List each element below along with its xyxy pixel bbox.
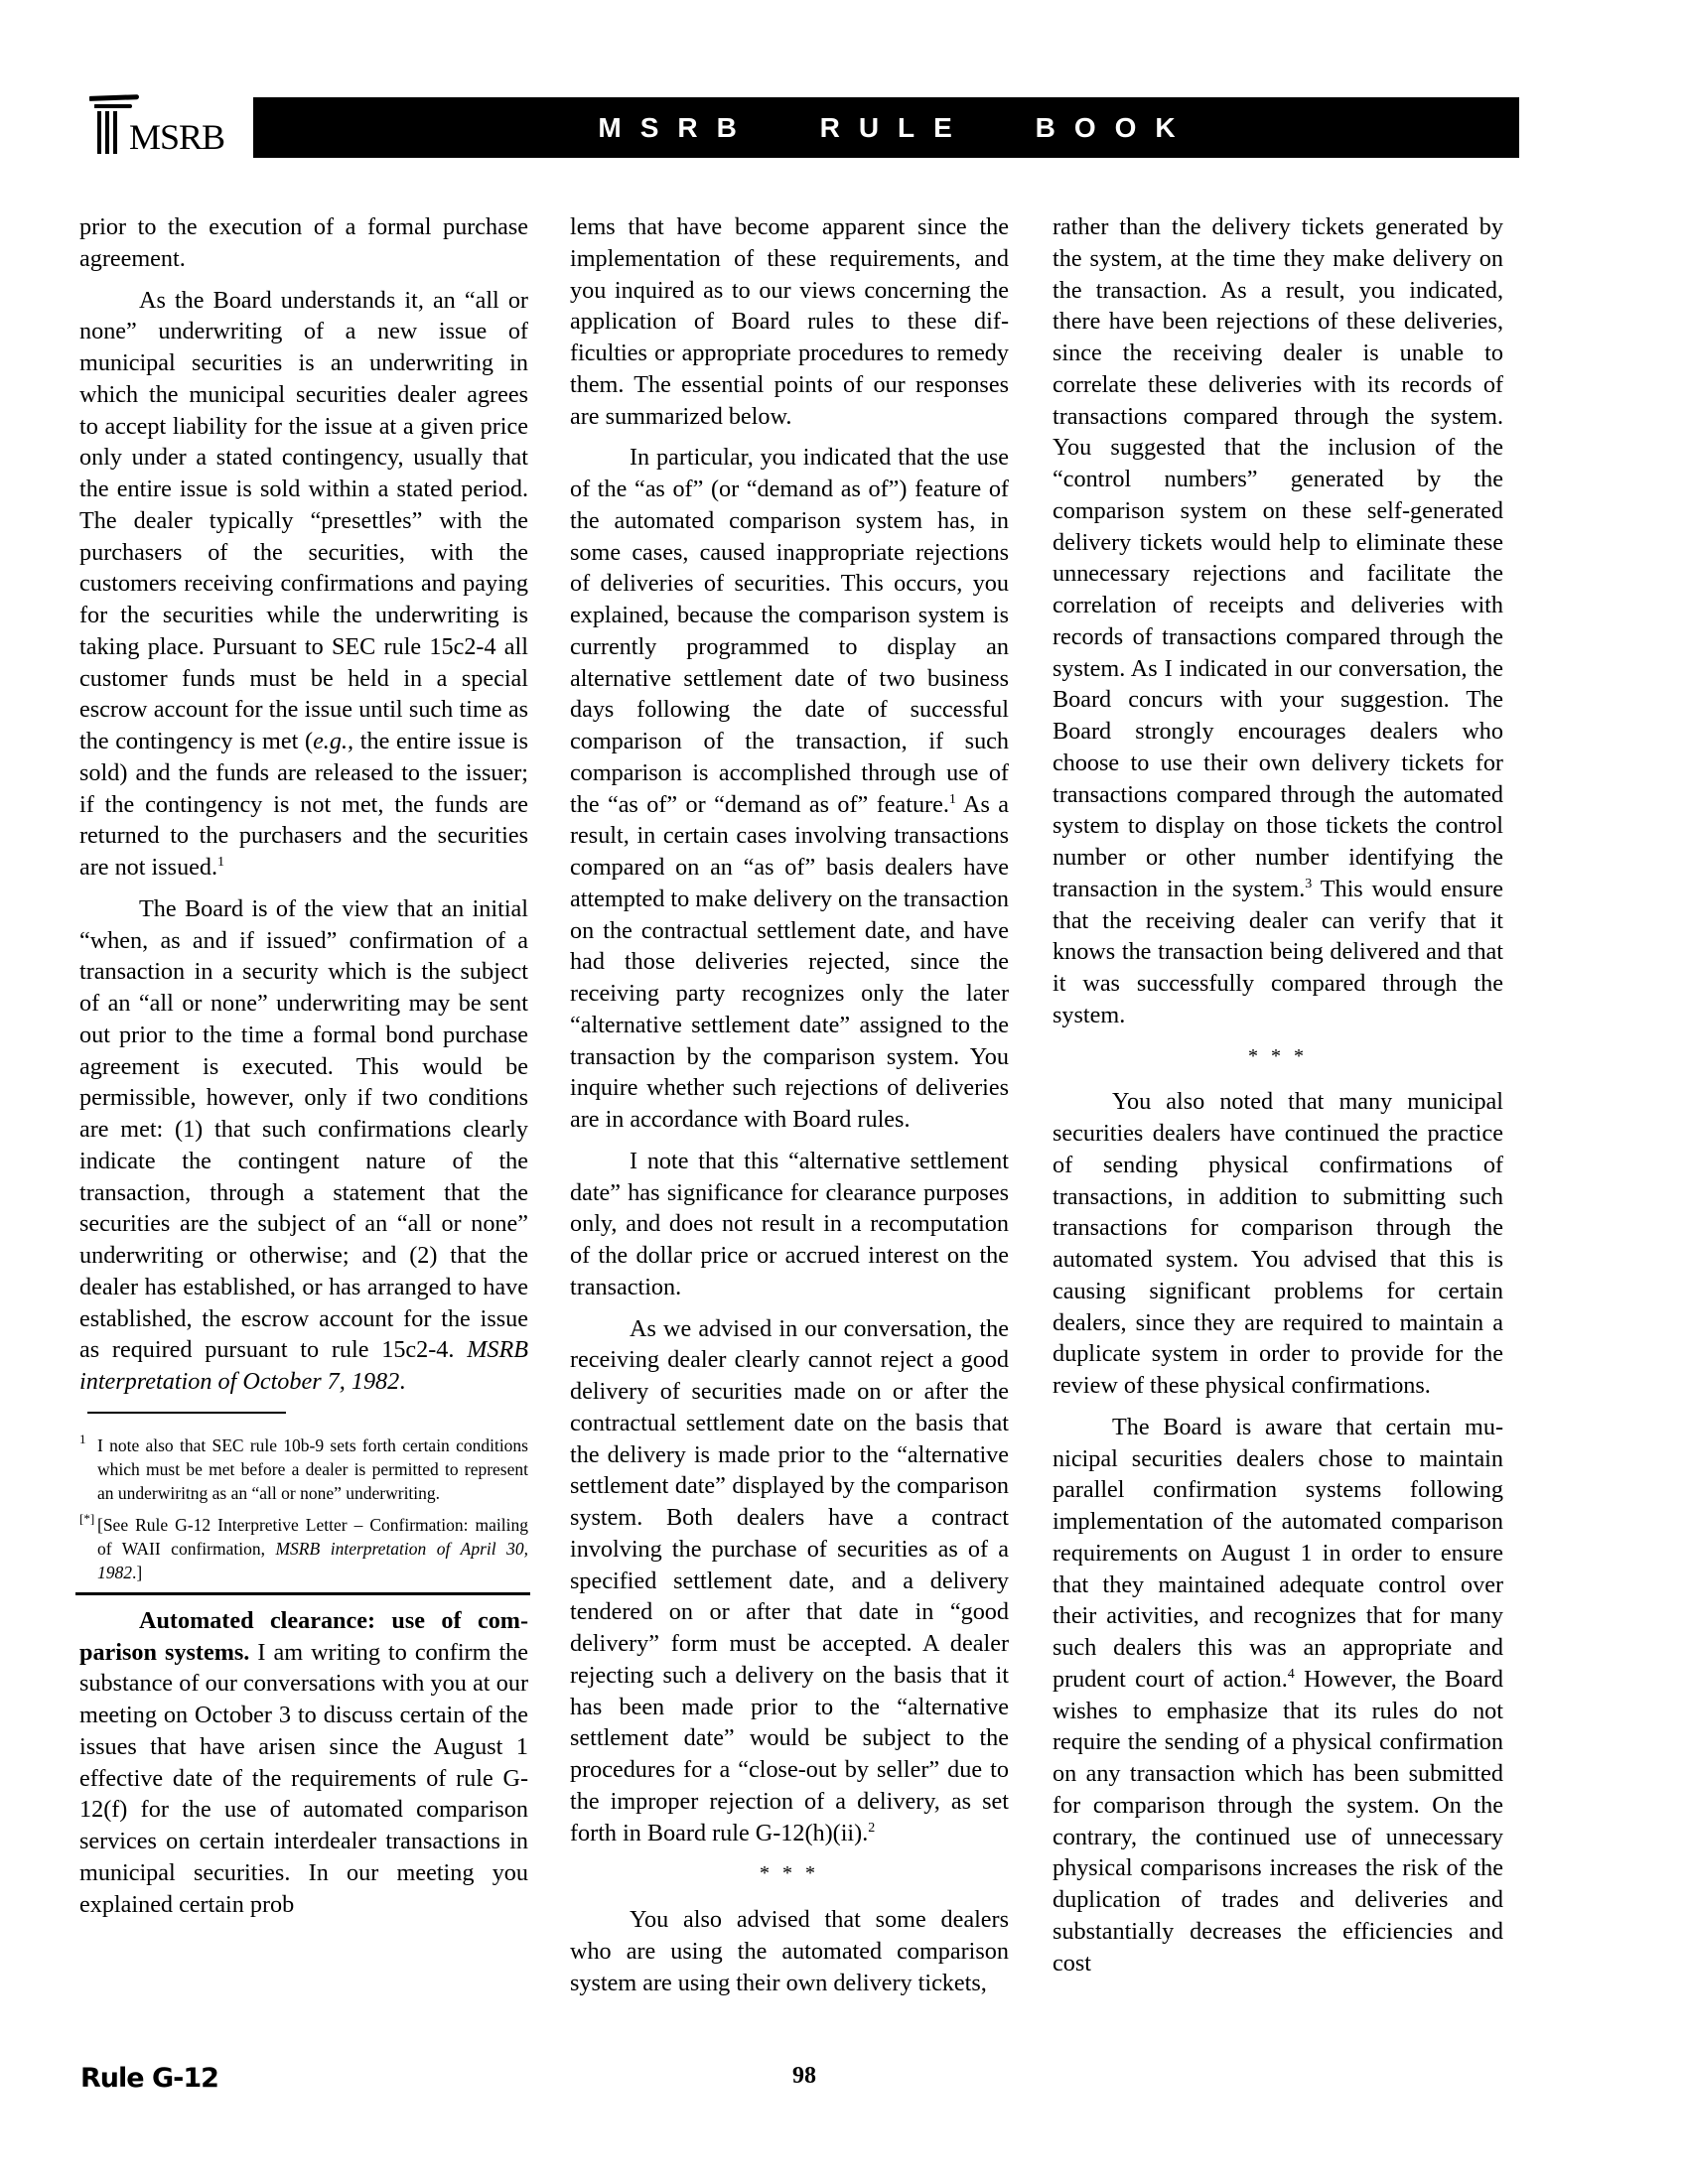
paragraph: The Board is of the view that an ini­tia… [79,893,528,1398]
paragraph: I note that this “alternative settlement… [570,1146,1009,1303]
paragraph: The Board is aware that certain mu­nicip… [1053,1412,1503,1979]
paragraph: prior to the execution of a formal purch… [79,211,528,275]
text-column-right: rather than the delivery tickets generat… [1053,211,1503,1988]
paragraph: Automated clearance: use of com­parison … [79,1605,528,1921]
paragraph: You also noted that many municipal secur… [1053,1086,1503,1402]
page-header-title: MSRB RULE BOOK [578,112,1194,144]
logo-text: MSRB [129,117,224,157]
footnote: [*][See Rule G-12 Interpretive Letter – … [79,1513,528,1584]
footnote-ref[interactable]: 4 [1288,1667,1295,1682]
footnote-divider [87,1412,286,1414]
paragraph: lems that have become apparent since the… [570,211,1009,432]
paragraph: As we advised in our conversation, the r… [570,1313,1009,1849]
text-column-left: prior to the execution of a formal purch… [79,211,528,1930]
section-separator: * * * [1053,1041,1503,1073]
paragraph: As the Board understands it, an “all or … [79,285,528,884]
footnote: 1I note also that SEC rule 10b-9 sets fo… [79,1433,528,1505]
text-column-middle: lems that have become apparent since the… [570,211,1009,2008]
footer-rule-label: Rule G-12 [80,2063,218,2094]
footnote-ref[interactable]: 1 [217,855,224,870]
section-separator: * * * [570,1858,1009,1890]
paragraph: In particular, you indicated that the us… [570,442,1009,1136]
header-bar: MSRB RULE BOOK [253,97,1519,158]
paragraph: rather than the delivery tickets generat… [1053,211,1503,1031]
footnote-ref[interactable]: 1 [949,791,956,806]
section-divider [75,1592,530,1595]
msrb-logo: MSRB [85,91,244,157]
page-number: 98 [792,2063,816,2090]
footnote-ref[interactable]: 2 [868,1820,875,1835]
paragraph: You also advised that some dealers who a… [570,1904,1009,1998]
